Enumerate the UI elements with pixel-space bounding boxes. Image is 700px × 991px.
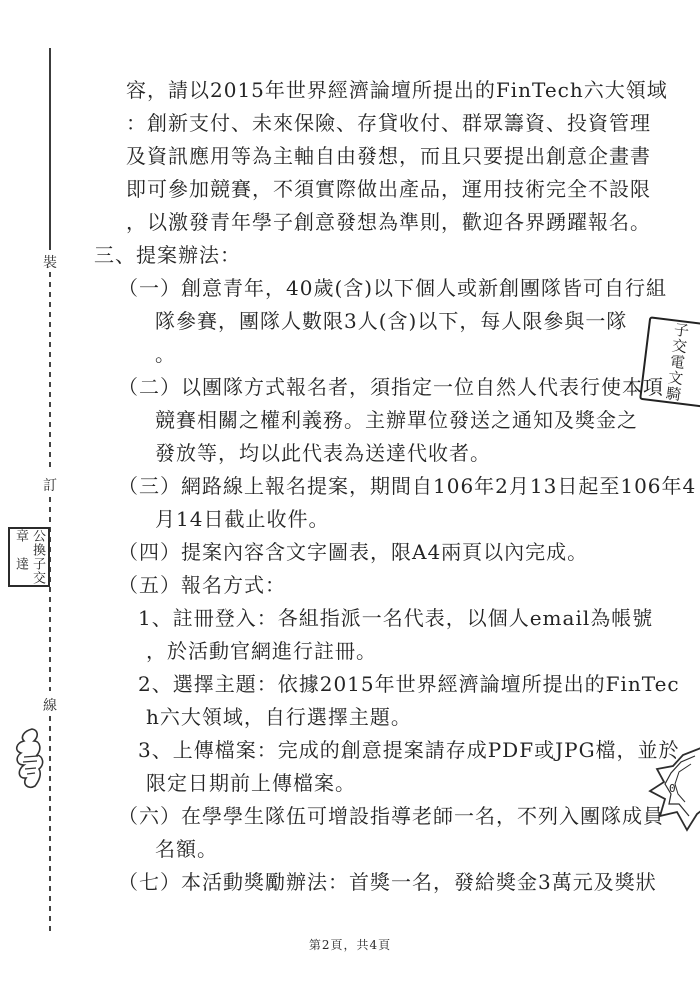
text-line: 。 — [155, 342, 176, 366]
text-line: （七）本活動獎勵辦法：首獎一名，發給獎金3萬元及獎狀 — [118, 870, 657, 894]
text-line: 名額。 — [155, 837, 218, 861]
text-line: （四）提案內容含文字圖表，限A4兩頁以內完成。 — [118, 540, 588, 564]
stamp-column-text: 電文騎 — [662, 353, 688, 403]
seal-number: 0 — [669, 782, 676, 795]
text-line: ，以激發青年學子創意發想為準則，歡迎各界踴躍報名。 — [126, 210, 651, 234]
stamp-column-text: 子交達 — [12, 557, 46, 585]
text-line: （三）網路線上報名提案，期間自106年2月13日起至106年4 — [118, 474, 696, 498]
text-line: 限定日期前上傳檔案。 — [146, 771, 356, 795]
text-line: ，於活動官網進行註冊。 — [146, 639, 377, 663]
text-line: 3、上傳檔案：完成的創意提案請存成PDF或JPG檔，並於 — [138, 738, 680, 762]
binding-rule-dashed-1 — [49, 272, 51, 470]
text-line: （五）報名方式： — [118, 573, 286, 597]
text-line: 1、註冊登入：各組指派一名代表，以個人email為帳號 — [138, 606, 653, 630]
text-line: 月14日截止收件。 — [155, 507, 329, 531]
text-line: 容，請以2015年世界經濟論壇所提出的FinTech六大領域 — [126, 78, 668, 102]
seam-seal-left — [12, 726, 50, 792]
document-page: 裝 訂 線 公換章 子交達 子交 電文騎 0 容，請以2015年世界經濟論壇所提… — [0, 0, 700, 991]
binding-rule-solid — [49, 48, 51, 250]
text-line: 三、提案辦法： — [94, 243, 241, 267]
electronic-exchange-stamp-left: 公換章 子交達 — [8, 527, 50, 587]
text-line: 2、選擇主題：依據2015年世界經濟論壇所提出的FinTec — [138, 672, 680, 696]
page-footer: 第2頁，共4頁 — [0, 936, 700, 953]
stamp-column-text: 子交 — [668, 321, 692, 355]
binding-label-ding: 訂 — [41, 475, 59, 495]
text-line: 隊參賽，團隊人數限3人(含)以下，每人限參與一隊 — [155, 309, 627, 333]
text-line: （六）在學學生隊伍可增設指導老師一名，不列入團隊成員 — [118, 804, 664, 828]
text-line: h六大領域，自行選擇主題。 — [146, 705, 412, 729]
text-line: ：創新支付、未來保險、存貸收付、群眾籌資、投資管理 — [126, 111, 651, 135]
binding-label-zhuang: 裝 — [41, 252, 59, 272]
text-line: 及資訊應用等為主軸自由發想，而且只要提出創意企畫書 — [126, 144, 651, 168]
text-line: 發放等，均以此代表為送達代收者。 — [155, 441, 491, 465]
text-line: （一）創意青年，40歲(含)以下個人或新創團隊皆可自行組 — [118, 276, 667, 300]
text-line: （二）以團隊方式報名者，須指定一位自然人代表行使本項 — [118, 375, 664, 399]
stamp-column-text: 公換章 — [12, 529, 46, 557]
binding-label-xian: 線 — [41, 695, 59, 715]
text-line: 即可參加競賽，不須實際做出產品，運用技術完全不設限 — [126, 177, 651, 201]
text-line: 競賽相關之權利義務。主辦單位發送之通知及獎金之 — [155, 408, 638, 432]
